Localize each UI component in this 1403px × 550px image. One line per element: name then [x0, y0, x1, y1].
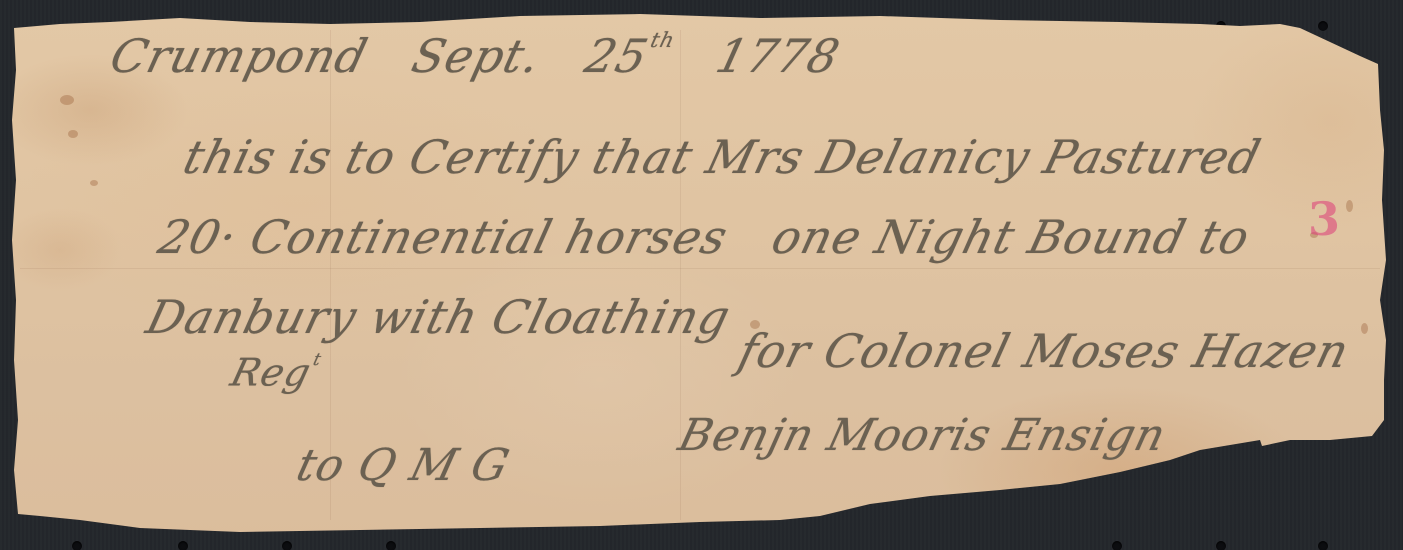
body-line-1: this is to Certify that Mrs Delanicy Pas…: [178, 130, 1266, 184]
body-line-3: Danbury with Cloathing: [141, 290, 736, 344]
punch-hole: [282, 541, 292, 550]
addressee-line: to Q M G: [292, 440, 515, 491]
regiment-abbrev: Regt: [226, 350, 323, 395]
date-year: 1778: [711, 29, 846, 83]
fold-line: [20, 268, 1380, 269]
date-line: Crumpond Sept. 25th 1778: [105, 28, 846, 83]
punch-hole: [72, 541, 82, 550]
punch-hole: [178, 541, 188, 550]
punch-hole: [1318, 541, 1328, 550]
date-day-suffix: th: [648, 28, 678, 52]
red-pencil-annotation: 3: [1308, 192, 1340, 246]
stain: [90, 180, 98, 186]
document-mount: Crumpond Sept. 25th 1778 this is to Cert…: [0, 0, 1403, 550]
stain: [60, 95, 74, 105]
stain: [1361, 323, 1368, 334]
aged-paper: Crumpond Sept. 25th 1778 this is to Cert…: [0, 0, 1403, 550]
stain: [1346, 200, 1353, 212]
body-line-2: 20· Continential horses one Night Bound …: [153, 210, 1255, 264]
body-line-3-end: for Colonel Moses Hazen: [733, 324, 1355, 378]
punch-hole: [386, 541, 396, 550]
date-month: Sept.: [407, 29, 547, 83]
signature: Benjn Mooris Ensign: [674, 410, 1172, 461]
place-name: Crumpond: [105, 29, 373, 83]
date-day: 25: [580, 29, 654, 83]
regiment-main: Reg: [226, 351, 315, 395]
body-line-2-start: 20· Continential horses: [153, 210, 733, 264]
stain: [68, 130, 78, 138]
punch-hole: [1112, 541, 1122, 550]
punch-hole: [1216, 541, 1226, 550]
punch-hole: [1318, 21, 1328, 31]
body-line-2-end: one Night Bound to: [767, 210, 1256, 264]
